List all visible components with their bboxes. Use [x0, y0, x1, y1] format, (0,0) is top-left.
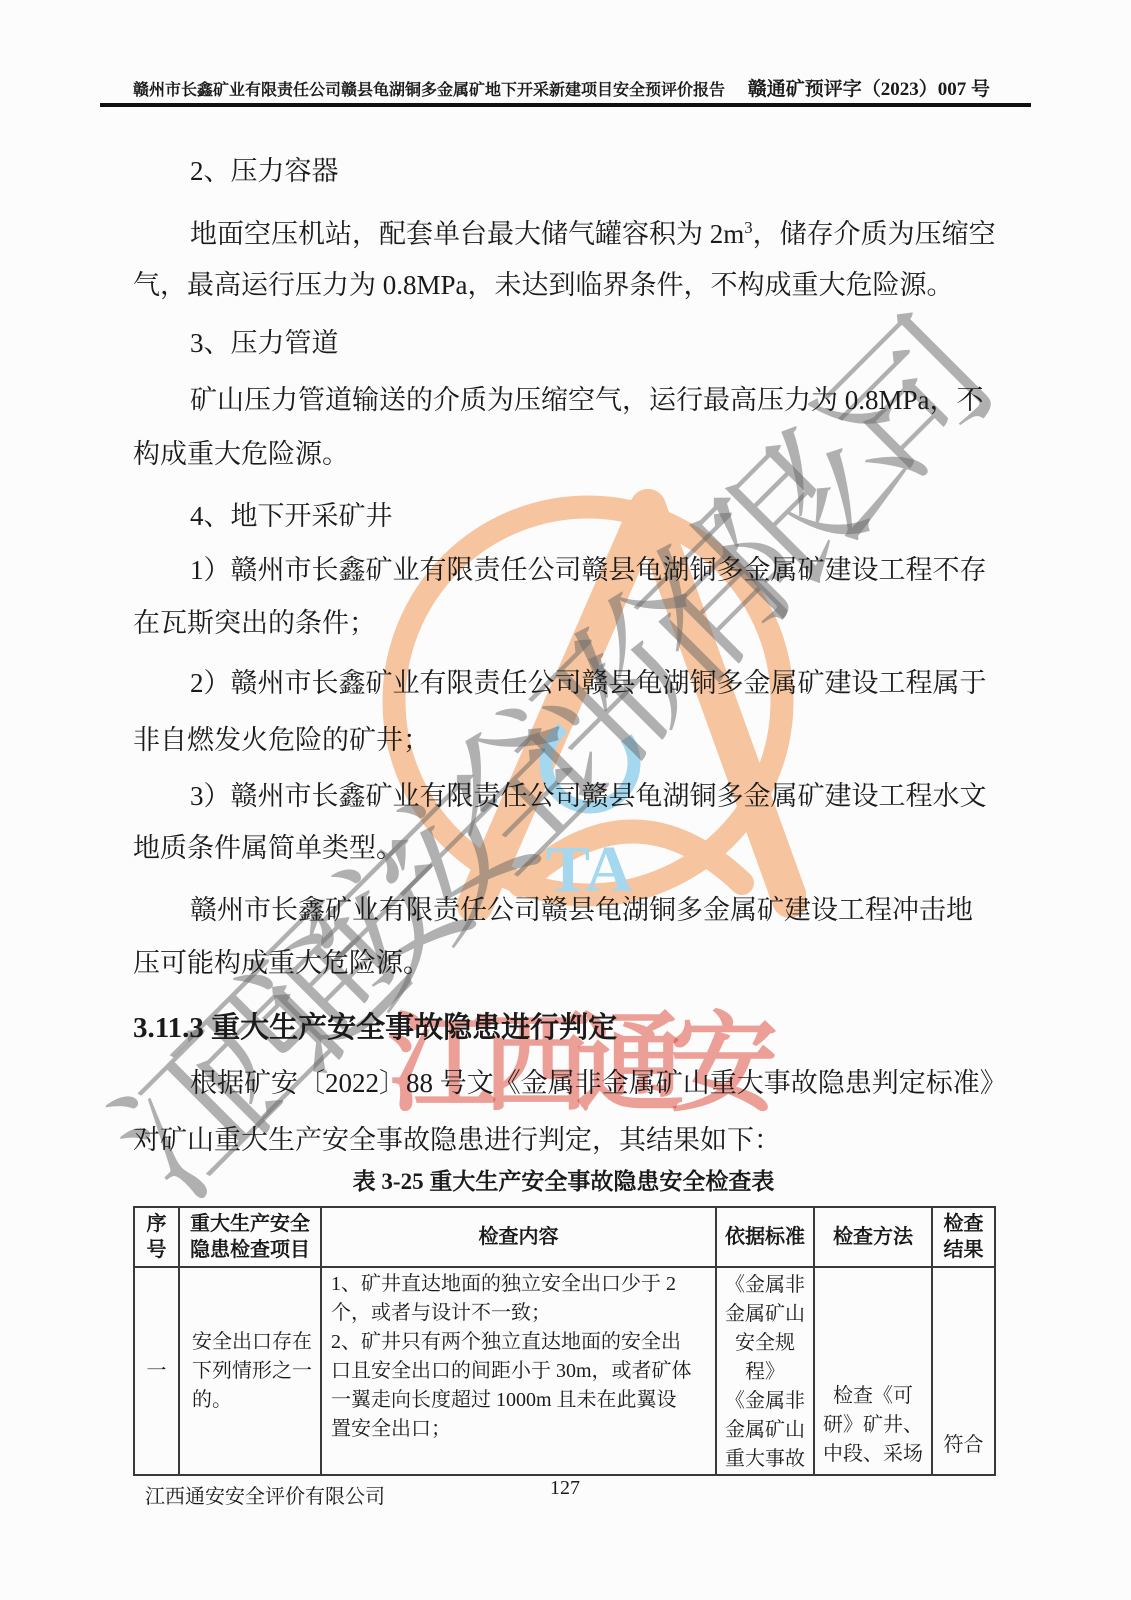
col-header-standard: 依据标准	[716, 1207, 814, 1267]
body-line: 1）赣州市长鑫矿业有限责任公司赣县龟湖铜多金属矿建设工程不存	[190, 554, 987, 586]
body-line: 3、压力管道	[190, 327, 339, 359]
body-line-post: ，储存介质为压缩空	[753, 219, 996, 249]
table-row: 一 安全出口存在 下列情形之一 的。 1、矿井直达地面的独立安全出口少于 2 个…	[134, 1267, 995, 1475]
col-header-item: 重大生产安全 隐患检查项目	[179, 1207, 321, 1267]
cell-content: 1、矿井直达地面的独立安全出口少于 2 个，或者与设计不一致； 2、矿井只有两个…	[321, 1267, 716, 1475]
body-line: 4、地下开采矿井	[190, 500, 393, 532]
body-line: 对矿山重大生产安全事故隐患进行判定，其结果如下：	[133, 1124, 781, 1156]
inspection-table: 序 号 重大生产安全 隐患检查项目 检查内容 依据标准 检查方法 检查 结果 一…	[133, 1206, 996, 1476]
header-rule	[100, 103, 1031, 107]
body-line: 2）赣州市长鑫矿业有限责任公司赣县龟湖铜多金属矿建设工程属于	[190, 667, 987, 699]
cell-standard: 《金属非 金属矿山 安全规程》 《金属非 金属矿山 重大事故	[716, 1267, 814, 1475]
header-doc-number: 赣通矿预评字（2023）007 号	[748, 74, 990, 101]
body-line: 根据矿安〔2022〕88 号文《金属非金属矿山重大事故隐患判定标准》	[190, 1067, 1007, 1099]
body-line: 构成重大危险源。	[133, 438, 349, 470]
table-caption: 表 3-25 重大生产安全事故隐患安全检查表	[133, 1163, 994, 1196]
col-header-method: 检查方法	[814, 1207, 932, 1267]
body-line: 地面空压机站，配套单台最大储气罐容积为 2m3，储存介质为压缩空	[190, 212, 996, 250]
body-line: 气，最高运行压力为 0.8MPa，未达到临界条件，不构成重大危险源。	[133, 269, 954, 301]
body-line: 矿山压力管道输送的介质为压缩空气，运行最高压力为 0.8MPa，不	[190, 384, 984, 416]
body-line: 压可能构成重大危险源。	[133, 947, 430, 979]
col-header-result: 检查 结果	[932, 1207, 995, 1267]
document-page: TA 江西通安安全评价有限公司 江西通安 赣州市长鑫矿业有限责任公司赣县龟湖铜多…	[0, 0, 1131, 1600]
table-header-row: 序 号 重大生产安全 隐患检查项目 检查内容 依据标准 检查方法 检查 结果	[134, 1207, 995, 1267]
body-line: 2、压力容器	[190, 155, 339, 187]
cell-result: 符合	[932, 1267, 995, 1475]
header-report-title: 赣州市长鑫矿业有限责任公司赣县龟湖铜多金属矿地下开采新建项目安全预评价报告	[133, 77, 725, 100]
emblem-letters: TA	[546, 833, 633, 903]
body-line: 地质条件属简单类型。	[133, 832, 403, 864]
superscript: 3	[744, 218, 752, 237]
page-header: 赣州市长鑫矿业有限责任公司赣县龟湖铜多金属矿地下开采新建项目安全预评价报告 赣通…	[133, 74, 990, 101]
body-line: 非自燃发火危险的矿井；	[133, 724, 430, 756]
logo-a-crossbar-icon	[520, 831, 742, 885]
cell-method: 检查《可 研》矿井、 中段、采场	[814, 1267, 932, 1475]
col-header-content: 检查内容	[321, 1207, 716, 1267]
body-line: 赣州市长鑫矿业有限责任公司赣县龟湖铜多金属矿建设工程冲击地	[190, 894, 973, 926]
section-heading: 3.11.3 重大生产安全事故隐患进行判定	[133, 1005, 617, 1046]
cell-item: 安全出口存在 下列情形之一 的。	[179, 1267, 321, 1475]
col-header-seq: 序 号	[134, 1207, 179, 1267]
body-line: 3）赣州市长鑫矿业有限责任公司赣县龟湖铜多金属矿建设工程水文	[190, 780, 987, 812]
company-logo-watermark	[370, 483, 806, 919]
body-line-pre: 地面空压机站，配套单台最大储气罐容积为 2m	[190, 219, 744, 249]
footer-company: 江西通安安全评价有限公司	[145, 1480, 385, 1509]
page-number: 127	[515, 1477, 615, 1500]
body-line: 在瓦斯突出的条件；	[133, 607, 376, 639]
cell-seq: 一	[134, 1267, 179, 1475]
